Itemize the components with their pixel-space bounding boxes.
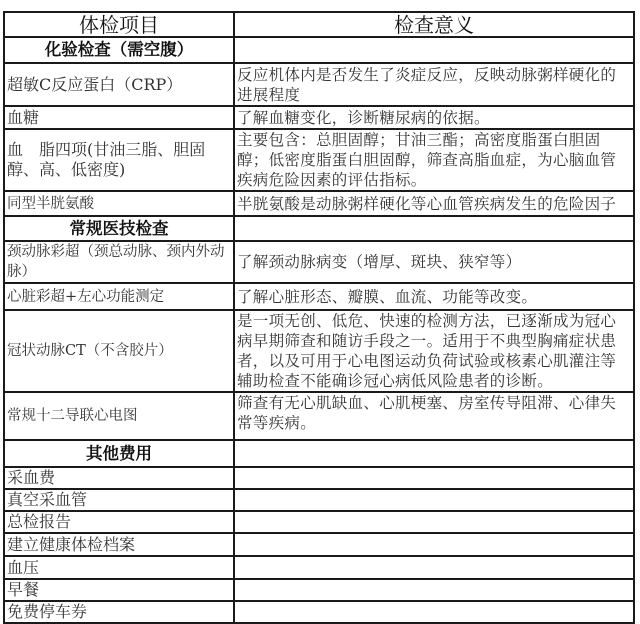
- meaning-cell: 了解颈动脉病变（增厚、斑块、狭窄等）: [234, 241, 634, 283]
- item-cell: 超敏C反应蛋白（CRP）: [4, 63, 234, 106]
- section-title: 化验检查（需空腹）: [4, 37, 234, 63]
- item-cell: 颈动脉彩超（颈总动脉、颈内外动脉）: [4, 241, 234, 283]
- section-row: 其他费用: [4, 440, 634, 467]
- section-title: 其他费用: [4, 440, 234, 467]
- item-cell: 早餐: [4, 579, 234, 601]
- meaning-cell: 筛查有无心肌缺血、心肌梗塞、房室传导阻滞、心律失常等疾病。: [234, 392, 634, 440]
- item-cell: 真空采血管: [4, 489, 234, 511]
- meaning-cell: 了解心脏形态、瓣膜、血流、功能等改变。: [234, 283, 634, 310]
- meaning-cell: [234, 601, 634, 611]
- item-cell: 同型半胱氨酸: [4, 191, 234, 216]
- table-row: 真空采血管: [4, 489, 634, 511]
- item-cell: 总检报告: [4, 511, 234, 533]
- meaning-cell: [234, 511, 634, 533]
- section-row: 常规医技检查: [4, 216, 634, 241]
- table-row: 超敏C反应蛋白（CRP） 反应机体内是否发生了炎症反应，反映动脉粥样硬化的进展程…: [4, 63, 634, 106]
- meaning-cell: [234, 579, 634, 601]
- item-cell: 心脏彩超+左心功能测定: [4, 283, 234, 310]
- item-cell: 常规十二导联心电图: [4, 392, 234, 440]
- section-row: 化验检查（需空腹）: [4, 37, 634, 63]
- item-cell: 冠状动脉CT（不含胶片）: [4, 310, 234, 392]
- meaning-cell: 半胱氨酸是动脉粥样硬化等心血管疾病发生的危险因子: [234, 191, 634, 216]
- item-cell: 血糖: [4, 106, 234, 129]
- checkup-table-container: 体检项目 检查意义 化验检查（需空腹） 超敏C反应蛋白（CRP） 反应机体内是否…: [3, 11, 633, 611]
- meaning-cell: [234, 556, 634, 579]
- header-meaning: 检查意义: [234, 12, 634, 37]
- meaning-cell: 了解血糖变化，诊断糖尿病的依据。: [234, 106, 634, 129]
- meaning-cell: [234, 467, 634, 489]
- meaning-cell: [234, 533, 634, 556]
- item-cell: 免费停车券: [4, 601, 234, 611]
- section-empty-cell: [234, 216, 634, 241]
- meaning-cell: [234, 489, 634, 511]
- table-row: 总检报告: [4, 511, 634, 533]
- table-row: 采血费: [4, 467, 634, 489]
- table-row: 冠状动脉CT（不含胶片） 是一项无创、低危、快速的检测方法，已逐渐成为冠心病早期…: [4, 310, 634, 392]
- table-row: 常规十二导联心电图 筛查有无心肌缺血、心肌梗塞、房室传导阻滞、心律失常等疾病。: [4, 392, 634, 440]
- item-cell: 血 脂四项(甘油三脂、胆固醇、高、低密度): [4, 129, 234, 191]
- table-header-row: 体检项目 检查意义: [4, 12, 634, 37]
- table-row: 建立健康体检档案: [4, 533, 634, 556]
- meaning-cell: 主要包含：总胆固醇；甘油三酯；高密度脂蛋白胆固醇；低密度脂蛋白胆固醇，筛查高脂血…: [234, 129, 634, 191]
- table-row: 血压: [4, 556, 634, 579]
- item-cell: 血压: [4, 556, 234, 579]
- section-empty-cell: [234, 440, 634, 467]
- table-row: 早餐: [4, 579, 634, 601]
- header-item: 体检项目: [4, 12, 234, 37]
- table-row: 血 脂四项(甘油三脂、胆固醇、高、低密度) 主要包含：总胆固醇；甘油三酯；高密度…: [4, 129, 634, 191]
- meaning-cell: 是一项无创、低危、快速的检测方法，已逐渐成为冠心病早期筛查和随访手段之一。适用于…: [234, 310, 634, 392]
- table-row: 血糖 了解血糖变化，诊断糖尿病的依据。: [4, 106, 634, 129]
- table-row: 免费停车券: [4, 601, 634, 611]
- table-row: 同型半胱氨酸 半胱氨酸是动脉粥样硬化等心血管疾病发生的危险因子: [4, 191, 634, 216]
- checkup-table: 体检项目 检查意义 化验检查（需空腹） 超敏C反应蛋白（CRP） 反应机体内是否…: [3, 11, 635, 611]
- item-cell: 建立健康体检档案: [4, 533, 234, 556]
- meaning-cell: 反应机体内是否发生了炎症反应，反映动脉粥样硬化的进展程度: [234, 63, 634, 106]
- section-title: 常规医技检查: [4, 216, 234, 241]
- table-row: 颈动脉彩超（颈总动脉、颈内外动脉） 了解颈动脉病变（增厚、斑块、狭窄等）: [4, 241, 634, 283]
- item-cell: 采血费: [4, 467, 234, 489]
- table-row: 心脏彩超+左心功能测定 了解心脏形态、瓣膜、血流、功能等改变。: [4, 283, 634, 310]
- section-empty-cell: [234, 37, 634, 63]
